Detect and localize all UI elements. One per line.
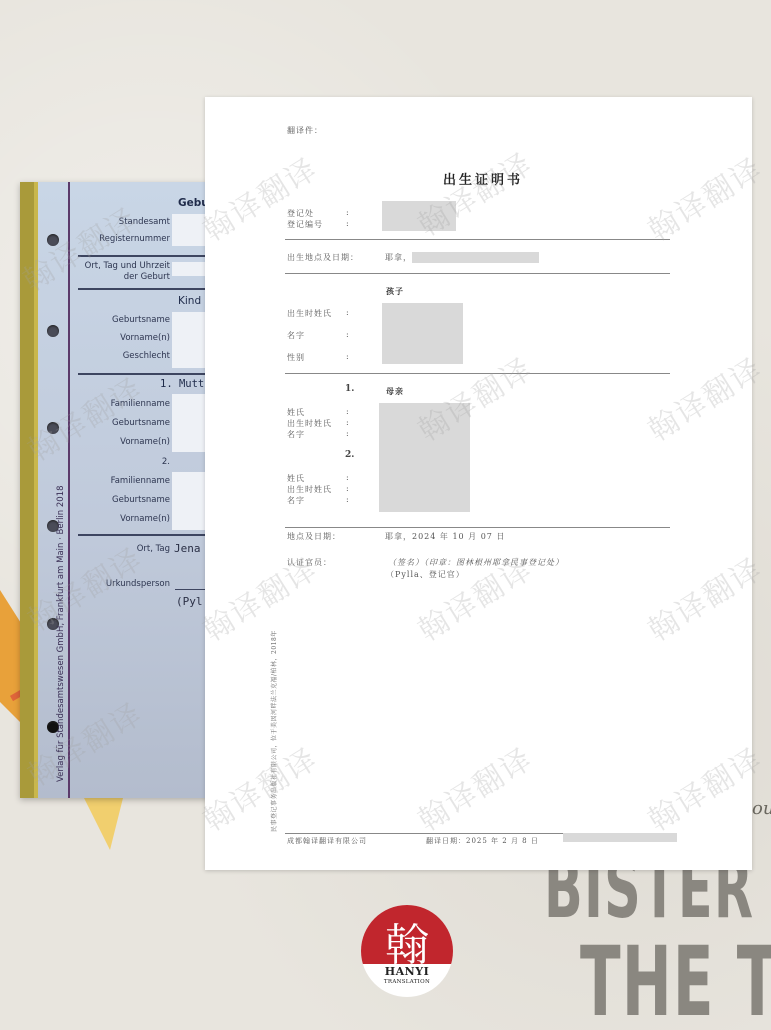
label-geburtsname: Geburtsname (112, 495, 170, 506)
parent2-number: 2. (345, 450, 354, 460)
parent1-number: 1. (345, 384, 354, 394)
publisher-note: Verlag für Standesamtswesen GmbH, Frankf… (56, 485, 66, 782)
form-rule (78, 534, 210, 536)
label-given-name: 名字 (287, 495, 305, 506)
hanyi-translation-logo: 翰 HANYI TRANSLATION (361, 905, 453, 997)
label-given-name: 名字 (287, 330, 305, 341)
value-official: (Pyl (176, 595, 203, 608)
label-surname: 姓氏 (287, 473, 305, 484)
label-surname: 姓氏 (287, 407, 305, 418)
label-vornamen: Vorname(n) (120, 514, 170, 525)
label-registry-office: 登记处 (287, 208, 314, 219)
form-rule (78, 373, 210, 375)
divider (285, 527, 670, 528)
redacted-birth-date (412, 252, 539, 263)
label-vornamen: Vorname(n) (120, 437, 170, 448)
punch-hole (47, 234, 59, 246)
footer-company: 成都翰译翻译有限公司 (287, 836, 367, 846)
parents-heading: 母亲 (386, 386, 404, 397)
redacted-footer (563, 833, 677, 842)
certifier-signature-stamp: （签名）（印章：图林根州耶拿民事登记处） (388, 557, 564, 568)
translation-header-label: 翻译件： (287, 125, 323, 136)
label-place-time-2: der Geburt (124, 272, 170, 283)
label-birth-surname: 出生时姓氏 (287, 484, 332, 495)
divider (285, 239, 670, 240)
divider (285, 373, 670, 374)
footer-translation-date: 翻译日期：2025 年 2 月 8 日 (426, 836, 539, 846)
colon: : (346, 407, 350, 416)
punch-hole (47, 325, 59, 337)
label-official: Urkundsperson (106, 579, 170, 590)
label-familienname: Familienname (111, 476, 170, 487)
label-geschlecht: Geschlecht (123, 351, 170, 362)
label-place-day: Ort, Tag (137, 544, 170, 555)
redacted-parent-info (379, 403, 470, 512)
label-sex: 性别 (287, 352, 305, 363)
colon: : (346, 352, 350, 361)
value-place-day: Jena (174, 542, 201, 555)
redacted-child-info (382, 303, 463, 364)
logo-glyph: 翰 (361, 909, 453, 973)
colon: : (346, 308, 350, 317)
parent1-heading: 1. Mutt (160, 378, 204, 390)
poster-line-2: THE T (580, 926, 771, 1030)
section-child-heading: Kind (178, 295, 201, 307)
poster-script-text: ou (752, 798, 771, 819)
label-place-time-1: Ort, Tag und Uhrzeit (85, 261, 170, 272)
punch-hole (47, 422, 59, 434)
label-geburtsname: Geburtsname (112, 418, 170, 429)
vertical-publisher-note: 民事登记事务出版社有限公司，位于美因河畔法兰克福/柏林，2018年 (269, 630, 278, 832)
label-certifier: 认证官员： (287, 557, 332, 568)
value-birth-place: 耶拿， (385, 252, 412, 263)
logo-name: HANYI (361, 965, 453, 978)
form-rule (78, 288, 210, 290)
colon: : (346, 330, 350, 339)
german-birth-certificate-original: Verlag für Standesamtswesen GmbH, Frankf… (20, 182, 210, 798)
form-rule (78, 255, 210, 257)
colon: : (346, 473, 350, 482)
colon: : (346, 418, 350, 427)
form-binding-edge (20, 182, 38, 798)
label-registry-number: 登记编号 (287, 219, 323, 230)
label-given-name: 名字 (287, 429, 305, 440)
label-familienname: Familienname (111, 399, 170, 410)
form-margin-line (68, 182, 70, 798)
colon: : (346, 429, 350, 438)
translation-document: 翻译件： 出生证明书 登记处 登记编号 : : 出生地点及日期： 耶拿， 孩子 … (205, 97, 752, 870)
redacted-registry (382, 201, 456, 231)
logo-subtitle: TRANSLATION (361, 979, 453, 985)
colon: : (346, 208, 350, 217)
label-vornamen: Vorname(n) (120, 333, 170, 344)
parent2-heading: 2. (162, 457, 170, 468)
value-place-date: 耶拿，2024 年 10 月 07 日 (385, 531, 505, 542)
divider (285, 273, 670, 274)
footer-divider (285, 833, 580, 834)
colon: : (346, 495, 350, 504)
label-standesamt: Standesamt (119, 217, 170, 228)
document-title: 出生证明书 (443, 169, 523, 188)
label-birth-surname: 出生时姓氏 (287, 418, 332, 429)
colon: : (346, 219, 350, 228)
child-heading: 孩子 (386, 286, 404, 297)
colon: : (346, 484, 350, 493)
label-place-date: 地点及日期： (287, 531, 341, 542)
label-geburtsname: Geburtsname (112, 315, 170, 326)
label-birth-surname: 出生时姓氏 (287, 308, 332, 319)
label-registernummer: Registernummer (99, 234, 170, 245)
certifier-name: （Pylla、登记官） (386, 569, 465, 580)
label-birth-place-date: 出生地点及日期： (287, 252, 359, 263)
